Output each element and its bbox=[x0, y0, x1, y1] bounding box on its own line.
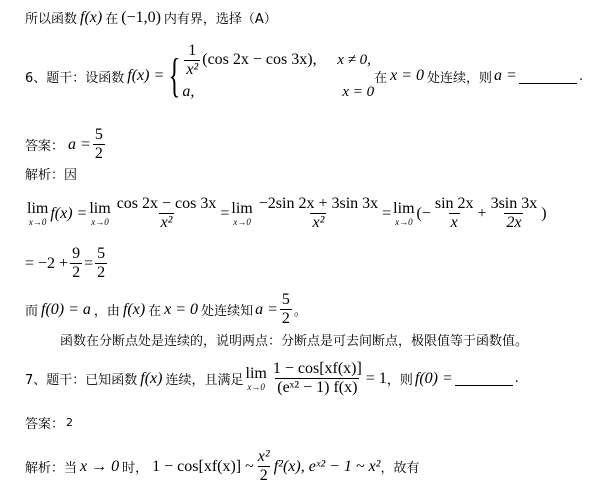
text: 所以函数 bbox=[25, 8, 77, 27]
fraction: sin 2x x bbox=[433, 195, 476, 232]
text: 在 bbox=[105, 8, 118, 27]
text: 连续，且满足 bbox=[165, 369, 243, 388]
text: ，故有 bbox=[380, 457, 419, 476]
math-fx: f(x) = bbox=[50, 205, 87, 223]
solution-6-label: 解析：因 bbox=[25, 164, 77, 183]
solution-label: 解析：因 bbox=[25, 164, 77, 183]
answer-blank bbox=[455, 371, 513, 386]
math-expr: = −2 + bbox=[25, 255, 68, 273]
solution-7: 解析：当 x → 0 时， 1 − cos[xf(x)] ~ x² 2 f²(x… bbox=[25, 448, 419, 485]
fraction: 9 2 bbox=[70, 245, 82, 282]
limit: lim x→0 bbox=[27, 201, 48, 227]
text: 内有界，选择（A） bbox=[164, 8, 277, 27]
solution-6-result: = −2 + 9 2 = 5 2 bbox=[25, 245, 109, 282]
math-cond: x → 0 bbox=[80, 458, 119, 476]
math-a: a = bbox=[255, 301, 278, 319]
question-label: 7、题干：已知函数 bbox=[25, 369, 137, 388]
fraction: 5 2 bbox=[95, 245, 107, 282]
text: ，由 bbox=[94, 300, 120, 319]
text: ，则 bbox=[387, 369, 413, 388]
math-expr: = 1 bbox=[366, 370, 387, 388]
question-label: 6、题干：设函数 bbox=[25, 67, 124, 86]
math-expr: a, bbox=[182, 83, 342, 101]
equals: = bbox=[84, 255, 93, 273]
answer-blank bbox=[519, 69, 577, 84]
text: 在 bbox=[148, 300, 161, 319]
text: 处连续，则 bbox=[427, 67, 492, 86]
text: 在 bbox=[374, 67, 387, 86]
text: . bbox=[515, 371, 519, 386]
fraction: 1 − cos[xf(x)] (eˣ² − 1) f(x) bbox=[271, 360, 364, 397]
limit: lim x→0 bbox=[231, 201, 252, 227]
math-fx: f(x) bbox=[80, 9, 102, 27]
fraction: x² 2 bbox=[256, 448, 272, 485]
question-7: 7、题干：已知函数 f(x) 连续，且满足 lim x→0 1 − cos[xf… bbox=[25, 360, 519, 397]
math-f0: f(0) = bbox=[415, 370, 453, 388]
math-cond: x ≠ 0, bbox=[337, 52, 371, 69]
answer-7: 答案： 2 bbox=[25, 413, 73, 432]
equals: = bbox=[220, 205, 229, 223]
question-6: 6、题干：设函数 f(x) = { 1 x² (cos 2x − cos 3x)… bbox=[25, 46, 583, 106]
note-6: 函数在分断点处是连续的，说明两点：分断点是可去间断点，极限值等于函数值。 bbox=[60, 330, 528, 349]
plus: + bbox=[478, 205, 487, 223]
conclusion-line-prev: 所以函数 f(x) 在 (−1,0) 内有界，选择（A） bbox=[25, 8, 277, 27]
equals: = bbox=[382, 205, 391, 223]
math-expr: (cos 2x − cos 3x), bbox=[202, 51, 337, 69]
text: 。 bbox=[294, 300, 307, 319]
answer-label: 答案： bbox=[25, 135, 64, 154]
text: 而 bbox=[25, 300, 38, 319]
math-a: a = bbox=[494, 67, 517, 85]
fraction: cos 2x − cos 3x x² bbox=[115, 195, 219, 232]
math-cond: x = 0 bbox=[390, 67, 424, 85]
conclusion-6: 而 f(0) = a ，由 f(x) 在 x = 0 处连续知 a = 5 2 … bbox=[25, 291, 307, 328]
limit: lim x→0 bbox=[89, 201, 110, 227]
text: 函数在分断点处是连续的，说明两点：分断点是可去间断点，极限值等于函数值。 bbox=[60, 330, 528, 349]
math-paren: ) bbox=[541, 205, 546, 223]
math-f0: f(0) = a bbox=[41, 301, 91, 319]
text: 处连续知 bbox=[201, 300, 253, 319]
math-cond: x = 0 bbox=[164, 301, 198, 319]
limit: lim x→0 bbox=[246, 366, 267, 392]
math-cond: x = 0 bbox=[342, 84, 374, 101]
math-a: a = bbox=[68, 136, 91, 154]
math-fx: f(x) bbox=[123, 301, 145, 319]
limit: lim x→0 bbox=[393, 201, 414, 227]
answer-label: 答案： bbox=[25, 413, 64, 432]
text: . bbox=[579, 69, 583, 84]
math-fx: f(x) = bbox=[127, 67, 164, 85]
answer-value: 2 bbox=[66, 416, 73, 429]
math-paren: (− bbox=[417, 205, 431, 223]
math-fx: f(x) bbox=[140, 370, 162, 388]
text: 时， bbox=[122, 457, 148, 476]
math-interval: (−1,0) bbox=[121, 9, 161, 27]
solution-6-derivation: lim x→0 f(x) = lim x→0 cos 2x − cos 3x x… bbox=[25, 195, 547, 232]
fraction: 3sin 3x 2x bbox=[489, 195, 540, 232]
math-expr: f²(x), eˣ² − 1 ~ x² bbox=[274, 458, 381, 476]
fraction: −2sin 2x + 3sin 3x x² bbox=[257, 195, 380, 232]
fraction: 5 2 bbox=[280, 291, 292, 328]
solution-label: 解析：当 bbox=[25, 457, 77, 476]
answer-6: 答案： a = 5 2 bbox=[25, 126, 107, 163]
fraction: 1 x² bbox=[184, 42, 200, 79]
brace-icon: { bbox=[169, 52, 181, 100]
piecewise-function: { 1 x² (cos 2x − cos 3x), x ≠ 0, a, x = … bbox=[167, 46, 374, 106]
fraction: 5 2 bbox=[93, 126, 105, 163]
math-expr: 1 − cos[xf(x)] ~ bbox=[152, 458, 254, 476]
